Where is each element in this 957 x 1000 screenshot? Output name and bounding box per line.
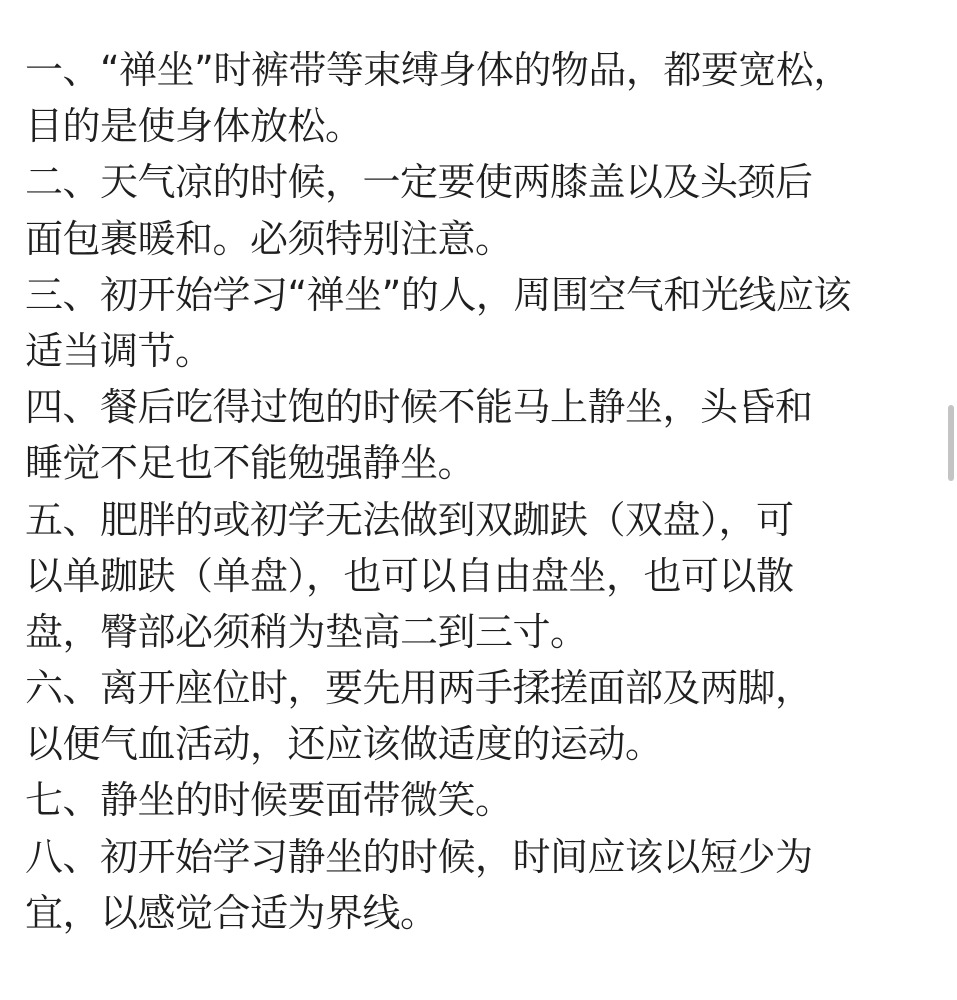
list-item-3: 三、初开始学习“禅坐”的人，周围空气和光线应该 适当调节。 [25,267,950,379]
text-line: 睡觉不足也不能勉强静坐。 [25,435,950,491]
text-line: 二、天气凉的时候，一定要使两膝盖以及头颈后 [25,154,950,210]
text-line: 七、静坐的时候要面带微笑。 [25,772,950,828]
text-line: 八、初开始学习静坐的时候，时间应该以短少为 [25,829,950,885]
text-line: 六、离开座位时，要先用两手揉搓面部及两脚， [25,660,950,716]
text-line: 以单跏趺（单盘），也可以自由盘坐，也可以散 [25,548,950,604]
document-body: 一、“禅坐”时裤带等束缚身体的物品，都要宽松， 目的是使身体放松。 二、天气凉的… [25,42,950,941]
list-item-2: 二、天气凉的时候，一定要使两膝盖以及头颈后 面包裹暖和。必须特别注意。 [25,154,950,266]
list-item-4: 四、餐后吃得过饱的时候不能马上静坐，头昏和 睡觉不足也不能勉强静坐。 [25,379,950,491]
vertical-scrollbar[interactable] [948,405,954,481]
list-item-7: 七、静坐的时候要面带微笑。 [25,772,950,828]
list-item-6: 六、离开座位时，要先用两手揉搓面部及两脚， 以便气血活动，还应该做适度的运动。 [25,660,950,772]
text-line: 面包裹暖和。必须特别注意。 [25,211,950,267]
list-item-1: 一、“禅坐”时裤带等束缚身体的物品，都要宽松， 目的是使身体放松。 [25,42,950,154]
text-line: 一、“禅坐”时裤带等束缚身体的物品，都要宽松， [25,42,950,98]
text-line: 以便气血活动，还应该做适度的运动。 [25,716,950,772]
text-line: 目的是使身体放松。 [25,98,950,154]
text-line: 四、餐后吃得过饱的时候不能马上静坐，头昏和 [25,379,950,435]
text-line: 五、肥胖的或初学无法做到双跏趺（双盘），可 [25,492,950,548]
text-line: 适当调节。 [25,323,950,379]
text-line: 宜，以感觉合适为界线。 [25,885,950,941]
list-item-5: 五、肥胖的或初学无法做到双跏趺（双盘），可 以单跏趺（单盘），也可以自由盘坐，也… [25,492,950,661]
text-line: 盘，臀部必须稍为垫高二到三寸。 [25,604,950,660]
list-item-8: 八、初开始学习静坐的时候，时间应该以短少为 宜，以感觉合适为界线。 [25,829,950,941]
text-line: 三、初开始学习“禅坐”的人，周围空气和光线应该 [25,267,950,323]
